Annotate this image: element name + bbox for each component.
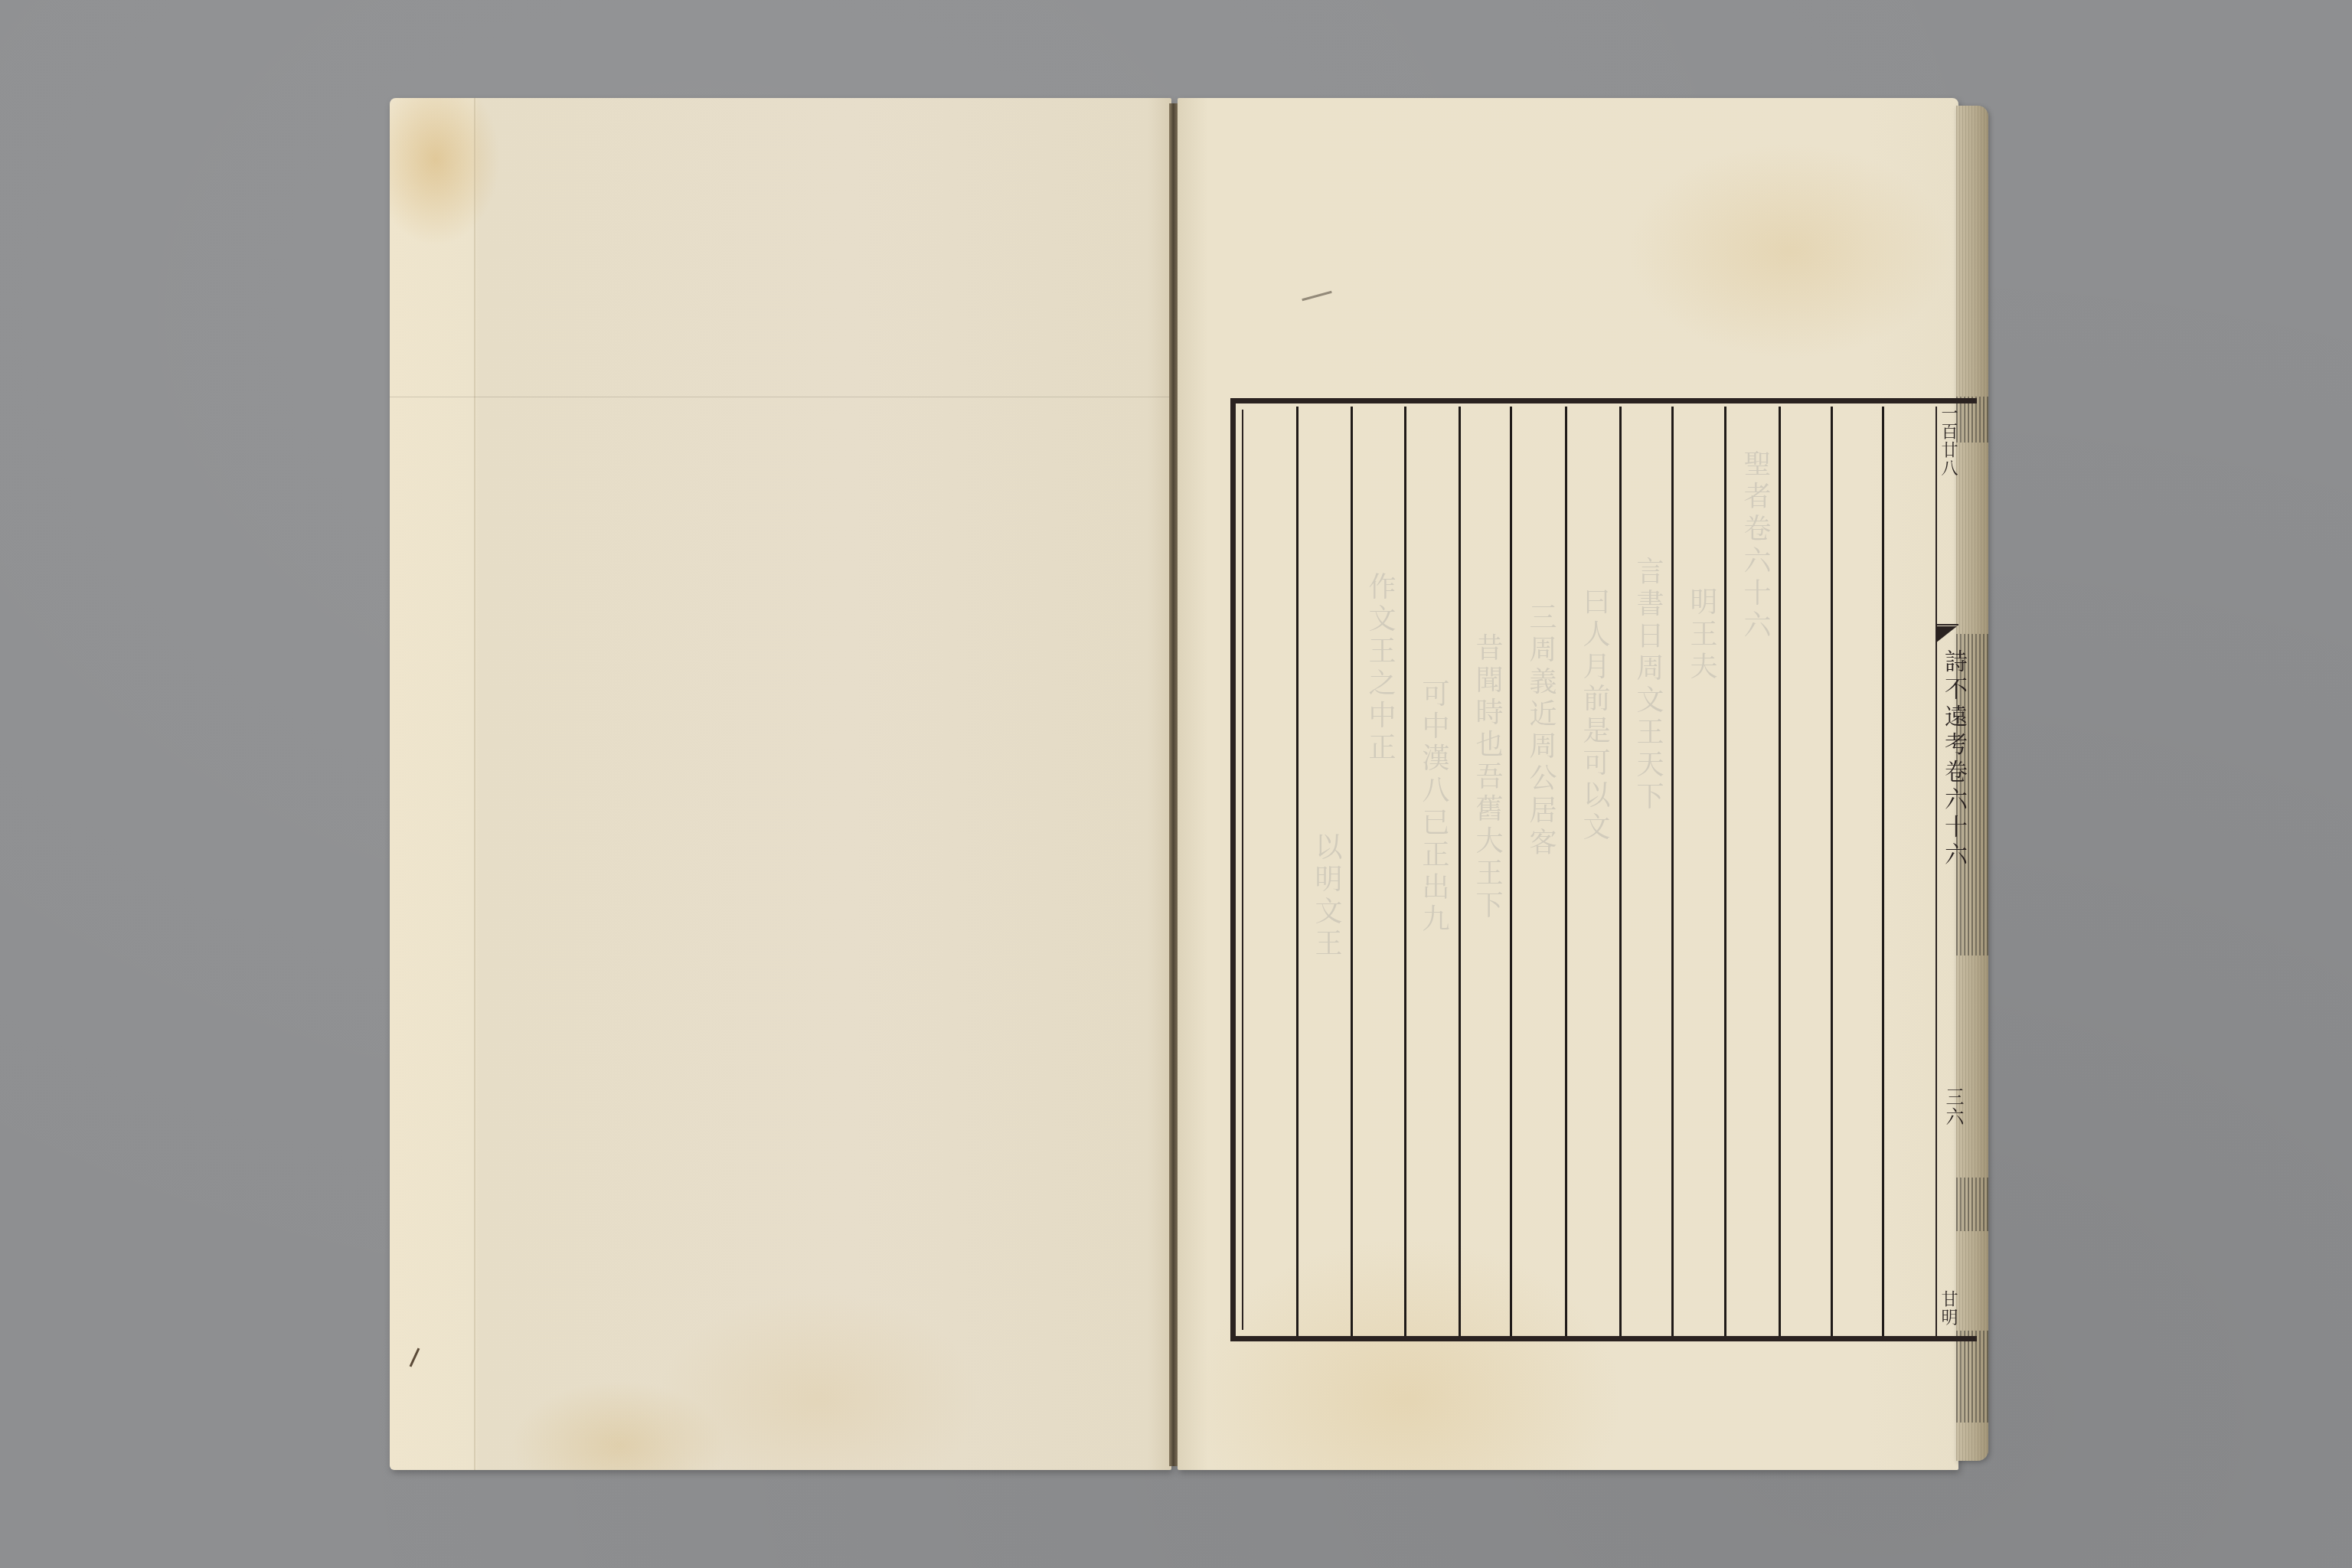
show-through-text: 作文王之中正: [1366, 572, 1396, 765]
column-rule: [1671, 407, 1674, 1336]
page-number: 三六: [1940, 1087, 1967, 1127]
show-through-text: 三周義近周公居客: [1527, 603, 1557, 860]
column-rule: [1882, 407, 1884, 1336]
column-rule: [1351, 407, 1353, 1336]
fish-tail-line: [1935, 624, 1958, 626]
show-through-text: 昔聞時也吾舊大王下: [1473, 633, 1504, 923]
column-rule: [1459, 407, 1461, 1336]
column-rule: [1724, 407, 1726, 1336]
column-rule: [1510, 407, 1512, 1336]
show-through-text: 明王夫: [1687, 587, 1718, 684]
printed-frame: 以明文王 作文王之中正 可中漢八已正出九 昔聞時也吾舊大王下 三周義近周公居客 …: [1230, 398, 1977, 1341]
show-through-text: 可中漢八已正出九: [1419, 679, 1450, 936]
column-rule: [1831, 407, 1833, 1336]
page-crease: [390, 397, 1171, 397]
folio-number: 一百廿八: [1936, 404, 1960, 478]
show-through-text: 聖者卷六十六: [1741, 449, 1772, 642]
banxin-border: [1935, 407, 1937, 1336]
carver-name: 甘明: [1936, 1290, 1960, 1327]
fish-tail-icon: [1935, 626, 1957, 643]
column-rule: [1296, 407, 1298, 1336]
show-through-text: 言書日周文王天下: [1634, 557, 1664, 814]
page-flap-edge: [474, 98, 475, 1470]
column-rule: [1565, 407, 1567, 1336]
fore-edge-ink-bottom: [1956, 1331, 1988, 1423]
book-title-volume: 詩不遠考卷六十六: [1936, 649, 1970, 870]
show-through-text: 以明文王: [1312, 832, 1343, 961]
column-rule: [1779, 407, 1781, 1336]
frame-inner-line: [1242, 410, 1243, 1330]
show-through-text: 曰人月前是可以文: [1580, 587, 1611, 844]
left-page-blank: [390, 98, 1171, 1470]
column-rule: [1619, 407, 1622, 1336]
column-rule: [1404, 407, 1406, 1336]
